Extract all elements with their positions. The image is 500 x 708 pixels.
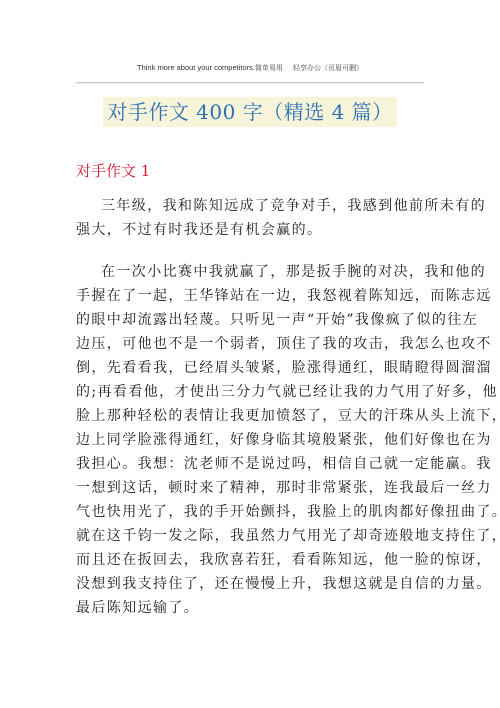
text-line: 边上同学脸涨得通红，好像身临其境般紧张，他们好像也在为 <box>76 428 416 452</box>
header-chinese-text-2: 轻享办公（页眉可删） <box>293 64 363 72</box>
text-line: 倒，先看看我，已经眉头皱紧，脸涨得通红，眼睛瞪得圆溜溜 <box>76 356 416 380</box>
header-english-text: Think more about your competitors. <box>137 63 255 72</box>
text-line: 三年级，我和陈知远成了竞争对手，我感到他前所未有的 <box>76 194 416 218</box>
text-line: 一想到这话，顿时来了精神，那时非常紧张，连我最后一丝力 <box>76 476 416 500</box>
text-line: 气也快用光了，我的手开始颤抖，我脸上的肌肉都好像扭曲了。 <box>76 500 416 524</box>
title-container: 对手作文 400 字（精选 4 篇） <box>0 97 500 127</box>
text-line: 就在这千钧一发之际，我虽然力气用光了却奇迹般地支持住了， <box>76 524 416 548</box>
header-divider <box>76 82 424 83</box>
text-line: 的;再看看他，才使出三分力气就已经让我的力气用了好多，他 <box>76 380 416 404</box>
paragraph-1: 三年级，我和陈知远成了竞争对手，我感到他前所未有的 强大，不过有时我还是有机会赢… <box>76 194 416 242</box>
text-line: 在一次小比赛中我就赢了，那是扳手腕的对决，我和他的 <box>76 260 416 284</box>
text-line: 边压，可他也不是一个弱者，顶住了我的攻击，我怎么也攻不 <box>76 332 416 356</box>
text-line: 的眼中却流露出轻蔑。只听见一声“开始”我像疯了似的往左 <box>76 308 416 332</box>
essay-body: 三年级，我和陈知远成了竞争对手，我感到他前所未有的 强大，不过有时我还是有机会赢… <box>76 194 416 638</box>
text-line: 而且还在扳回去，我欣喜若狂，看看陈知远，他一脸的惊讶， <box>76 548 416 572</box>
text-line: 脸上那种轻松的表情让我更加愤怒了，豆大的汗珠从头上流下， <box>76 404 416 428</box>
section-heading: 对手作文 1 <box>76 160 150 182</box>
text-line: 强大，不过有时我还是有机会赢的。 <box>76 218 416 242</box>
document-title: 对手作文 400 字（精选 4 篇） <box>103 97 396 127</box>
header-chinese-text-1: 简单易用 <box>255 64 283 72</box>
text-line: 最后陈知远输了。 <box>76 596 416 620</box>
text-line: 没想到我支持住了，还在慢慢上升，我想这就是自信的力量。 <box>76 572 416 596</box>
text-line: 手握在了一起，王华锋站在一边，我怒视着陈知远，而陈志远 <box>76 284 416 308</box>
document-page: Think more about your competitors.简单易用轻享… <box>0 0 500 708</box>
paragraph-2: 在一次小比赛中我就赢了，那是扳手腕的对决，我和他的 手握在了一起，王华锋站在一边… <box>76 260 416 620</box>
page-header: Think more about your competitors.简单易用轻享… <box>76 63 424 73</box>
text-line: 我担心。我想：沈老师不是说过吗，相信自己就一定能赢。我 <box>76 452 416 476</box>
